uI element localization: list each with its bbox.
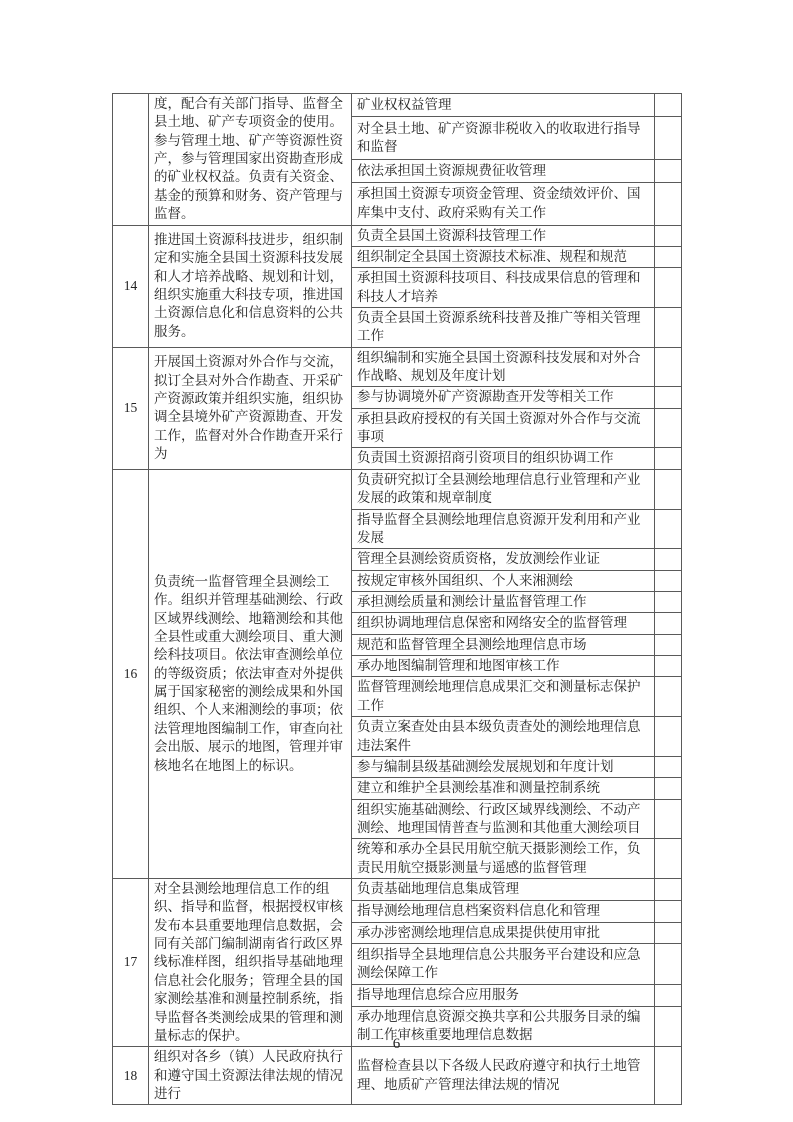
remark-cell bbox=[655, 613, 682, 634]
remark-cell bbox=[655, 307, 682, 347]
subitem-cell: 组织制定全县国土资源技术标准、规程和规范 bbox=[352, 246, 655, 267]
duties-table-body: 度，配合有关部门指导、监督全县土地、矿产专项资金的使用。参与管理土地、矿产等资源… bbox=[113, 94, 682, 1105]
subitem-cell: 负责基础地理信息集成管理 bbox=[352, 879, 655, 901]
remark-cell bbox=[655, 677, 682, 717]
subitem-cell: 负责立案查处由县本级负责查处的测绘地理信息违法案件 bbox=[352, 717, 655, 757]
document-page: 度，配合有关部门指导、监督全县土地、矿产专项资金的使用。参与管理土地、矿产等资源… bbox=[0, 0, 793, 1122]
remark-cell bbox=[655, 778, 682, 799]
remark-cell bbox=[655, 225, 682, 246]
remark-cell bbox=[655, 387, 682, 408]
duty-description-cell: 推进国土资源科技进步，组织制定和实施全县国土资源科技发展和人才培养战略、规划和计… bbox=[149, 225, 352, 347]
subitem-cell: 管理全县测绘资质资格，发放测绘作业证 bbox=[352, 549, 655, 570]
row-number-cell: 18 bbox=[113, 1047, 149, 1105]
row-number-cell: 16 bbox=[113, 469, 149, 878]
table-row: 17对全县测绘地理信息工作的组织、指导和监督，根据授权审核发布本县重要地理信息数… bbox=[113, 879, 682, 901]
remark-cell bbox=[655, 116, 682, 159]
subitem-cell: 参与编制县级基础测绘发展规划和年度计划 bbox=[352, 756, 655, 777]
subitem-cell: 承办涉密测绘地理信息成果提供使用审批 bbox=[352, 922, 655, 944]
subitem-cell: 参与协调境外矿产资源勘查开发等相关工作 bbox=[352, 387, 655, 408]
subitem-cell: 统筹和承办全县民用航空航天摄影测绘工作，负责民用航空摄影测量与遥感的监督管理 bbox=[352, 839, 655, 879]
table-row: 14推进国土资源科技进步，组织制定和实施全县国土资源科技发展和人才培养战略、规划… bbox=[113, 225, 682, 246]
duty-description-cell: 开展国土资源对外合作与交流，拟订全县对外合作勘查、开采矿产资源政策并组织实施，组… bbox=[149, 347, 352, 469]
remark-cell bbox=[655, 1047, 682, 1105]
row-number-cell: 17 bbox=[113, 879, 149, 1047]
page-number: 6 bbox=[0, 1036, 793, 1053]
remark-cell bbox=[655, 717, 682, 757]
remark-cell bbox=[655, 900, 682, 922]
subitem-cell: 组织协调地理信息保密和网络安全的监督管理 bbox=[352, 613, 655, 634]
remark-cell bbox=[655, 182, 682, 225]
subitem-cell: 承担国土资源专项资金管理、资金绩效评价、国库集中支付、政府采购有关工作 bbox=[352, 182, 655, 225]
subitem-cell: 组织指导全县地理信息公共服务平台建设和应急测绘保障工作 bbox=[352, 944, 655, 985]
remark-cell bbox=[655, 591, 682, 612]
row-number-cell: 15 bbox=[113, 347, 149, 469]
subitem-cell: 按规定审核外国组织、个人来湘测绘 bbox=[352, 570, 655, 591]
remark-cell bbox=[655, 347, 682, 387]
table-row: 15开展国土资源对外合作与交流，拟订全县对外合作勘查、开采矿产资源政策并组织实施… bbox=[113, 347, 682, 387]
row-number-cell: 14 bbox=[113, 225, 149, 347]
remark-cell bbox=[655, 656, 682, 677]
subitem-cell: 承担测绘质量和测绘计量监督管理工作 bbox=[352, 591, 655, 612]
duty-description-cell: 组织对各乡（镇）人民政府执行和遵守国土资源法律法规的情况进行 bbox=[149, 1047, 352, 1105]
subitem-cell: 负责全县国土资源科技管理工作 bbox=[352, 225, 655, 246]
remark-cell bbox=[655, 408, 682, 448]
subitem-cell: 规范和监督管理全县测绘地理信息市场 bbox=[352, 634, 655, 655]
table-row: 度，配合有关部门指导、监督全县土地、矿产专项资金的使用。参与管理土地、矿产等资源… bbox=[113, 94, 682, 117]
remark-cell bbox=[655, 922, 682, 944]
subitem-cell: 建立和维护全县测绘基准和测量控制系统 bbox=[352, 778, 655, 799]
remark-cell bbox=[655, 159, 682, 182]
subitem-cell: 依法承担国土资源规费征收管理 bbox=[352, 159, 655, 182]
subitem-cell: 矿业权权益管理 bbox=[352, 94, 655, 117]
table-row: 18组织对各乡（镇）人民政府执行和遵守国土资源法律法规的情况进行监督检查县以下各… bbox=[113, 1047, 682, 1105]
duties-table: 度，配合有关部门指导、监督全县土地、矿产专项资金的使用。参与管理土地、矿产等资源… bbox=[112, 93, 682, 1105]
duty-description-cell: 度，配合有关部门指导、监督全县土地、矿产专项资金的使用。参与管理土地、矿产等资源… bbox=[149, 94, 352, 226]
subitem-cell: 承办地图编制管理和地图审核工作 bbox=[352, 656, 655, 677]
remark-cell bbox=[655, 756, 682, 777]
subitem-cell: 组织实施基础测绘、行政区域界线测绘、不动产测绘、地理国情普查与监测和其他重大测绘… bbox=[352, 799, 655, 839]
remark-cell bbox=[655, 549, 682, 570]
remark-cell bbox=[655, 469, 682, 509]
subitem-cell: 监督检查县以下各级人民政府遵守和执行土地管理、地质矿产管理法律法规的情况 bbox=[352, 1047, 655, 1105]
subitem-cell: 负责全县国土资源系统科技普及推广等相关管理工作 bbox=[352, 307, 655, 347]
subitem-cell: 承担县政府授权的有关国土资源对外合作与交流事项 bbox=[352, 408, 655, 448]
duty-description-cell: 对全县测绘地理信息工作的组织、指导和监督，根据授权审核发布本县重要地理信息数据，… bbox=[149, 879, 352, 1047]
remark-cell bbox=[655, 268, 682, 308]
remark-cell bbox=[655, 879, 682, 901]
remark-cell bbox=[655, 634, 682, 655]
subitem-cell: 指导测绘地理信息档案资料信息化和管理 bbox=[352, 900, 655, 922]
subitem-cell: 监督管理测绘地理信息成果汇交和测量标志保护工作 bbox=[352, 677, 655, 717]
subitem-cell: 负责国土资源招商引资项目的组织协调工作 bbox=[352, 448, 655, 469]
remark-cell bbox=[655, 509, 682, 549]
remark-cell bbox=[655, 246, 682, 267]
remark-cell bbox=[655, 799, 682, 839]
remark-cell bbox=[655, 944, 682, 985]
remark-cell bbox=[655, 448, 682, 469]
subitem-cell: 对全县土地、矿产资源非税收入的收取进行指导和监督 bbox=[352, 116, 655, 159]
subitem-cell: 承担国土资源科技项目、科技成果信息的管理和科技人才培养 bbox=[352, 268, 655, 308]
remark-cell bbox=[655, 984, 682, 1006]
subitem-cell: 指导监督全县测绘地理信息资源开发利用和产业发展 bbox=[352, 509, 655, 549]
subitem-cell: 指导地理信息综合应用服务 bbox=[352, 984, 655, 1006]
subitem-cell: 负责研究拟订全县测绘地理信息行业管理和产业发展的政策和规章制度 bbox=[352, 469, 655, 509]
remark-cell bbox=[655, 839, 682, 879]
row-number-cell bbox=[113, 94, 149, 226]
subitem-cell: 组织编制和实施全县国土资源科技发展和对外合作战略、规划及年度计划 bbox=[352, 347, 655, 387]
remark-cell bbox=[655, 570, 682, 591]
remark-cell bbox=[655, 94, 682, 117]
table-row: 16负责统一监督管理全县测绘工作。组织并管理基础测绘、行政区域界线测绘、地籍测绘… bbox=[113, 469, 682, 509]
duty-description-cell: 负责统一监督管理全县测绘工作。组织并管理基础测绘、行政区域界线测绘、地籍测绘和其… bbox=[149, 469, 352, 878]
